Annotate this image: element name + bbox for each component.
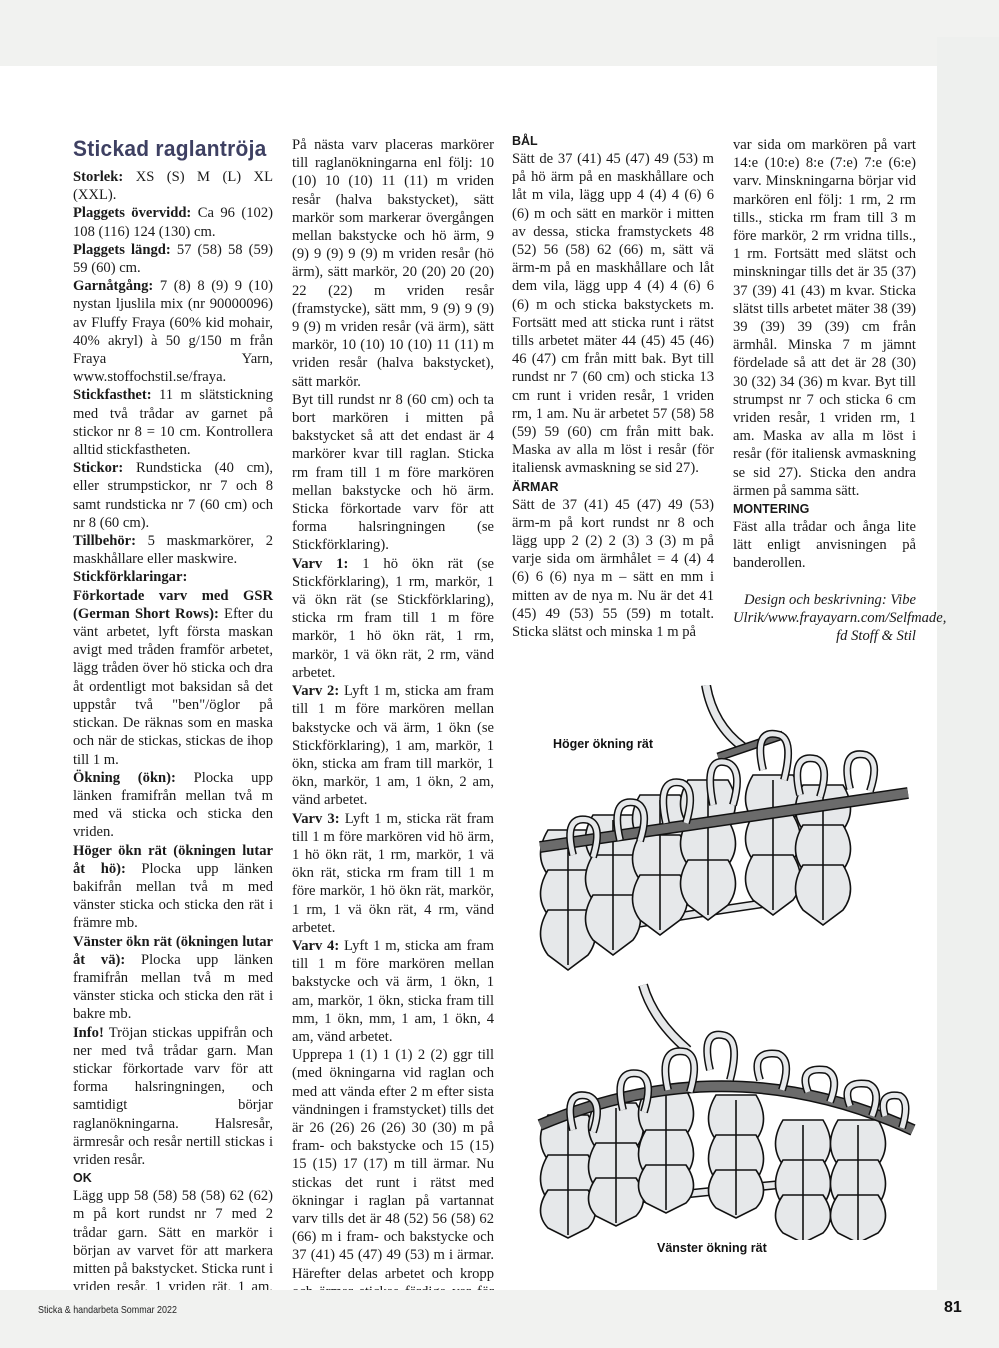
page-edge-strip xyxy=(937,37,999,1290)
section-heading-armar: ÄRMAR xyxy=(512,478,714,496)
section-heading-ok: OK xyxy=(73,1169,273,1187)
marker-placement-paragraph: På nästa varv placeras markörer till rag… xyxy=(292,136,494,391)
armar-instructions-continued: var sida om markören på vart 14:e (10:e)… xyxy=(733,136,916,500)
column-1: Stickad raglantröja Storlek: XS (S) M (L… xyxy=(73,136,273,1315)
paragraph-text: Efter du vänt arbetet, lyft första maska… xyxy=(73,606,273,768)
paragraph-text: 7 (8) 8 (9) 9 (10) nystan ljuslila mix (… xyxy=(73,278,273,385)
labeled-paragraph: Storlek: XS (S) M (L) XL (XXL). xyxy=(73,168,273,204)
labeled-paragraph: Stickfasthet: 11 m slätstickning med två… xyxy=(73,386,273,459)
article-title: Stickad raglantröja xyxy=(73,136,263,162)
paragraph-label: Stickförklaringar: xyxy=(73,569,187,585)
paragraph-label: Plaggets längd: xyxy=(73,242,171,258)
paragraph-label: Garnåtgång: xyxy=(73,278,153,294)
labeled-paragraph: Tillbehör: 5 maskmarkörer, 2 maskhållare… xyxy=(73,532,273,568)
section-heading-montering: MONTERING xyxy=(733,500,916,518)
short-rows-paragraph: Byt till rundst nr 8 (60 cm) och ta bort… xyxy=(292,391,494,555)
labeled-paragraph: Varv 3: Lyft 1 m, sticka rät fram till 1… xyxy=(292,810,494,937)
paragraph-label: Ökning (ökn): xyxy=(73,770,176,786)
paragraph-label: Varv 1: xyxy=(292,556,348,572)
labeled-paragraph: Stickor: Rundsticka (40 cm), eller strum… xyxy=(73,459,273,532)
montering-instructions: Fäst alla trådar och ånga lite lätt enli… xyxy=(733,518,916,573)
left-increase-illustration xyxy=(528,980,918,1240)
paragraph-text: Lyft 1 m, sticka am fram till 1 m före m… xyxy=(292,683,494,808)
paragraph-label: Varv 2: xyxy=(292,683,339,699)
paragraph-label: Info! xyxy=(73,1025,104,1041)
column-3: BÅL Sätt de 37 (41) 45 (47) 49 (53) m på… xyxy=(512,136,714,641)
paragraph-text: Tröjan stickas uppifrån och ner med två … xyxy=(73,1025,273,1168)
design-credit: Design och beskrivning: Vibe Ulrik/www.f… xyxy=(733,591,916,646)
paragraph-label: Plaggets övervidd: xyxy=(73,205,191,221)
page-footer: Sticka & handarbeta Sommar 2022 81 xyxy=(0,1290,999,1348)
paragraph-label: Stickor: xyxy=(73,460,123,476)
labeled-paragraph: Plaggets övervidd: Ca 96 (102) 108 (116)… xyxy=(73,204,273,240)
paragraph-label: Tillbehör: xyxy=(73,533,136,549)
row-instructions: Varv 1: 1 hö ökn rät (se Stickförklaring… xyxy=(292,555,494,1046)
right-increase-illustration xyxy=(528,685,918,975)
bal-instructions: Sätt de 37 (41) 45 (47) 49 (53) m på hö … xyxy=(512,150,714,478)
labeled-paragraph: Plaggets längd: 57 (58) 58 (59) 59 (60) … xyxy=(73,241,273,277)
paragraph-text: 1 hö ökn rät (se Stickförklaring), 1 rm,… xyxy=(292,556,494,681)
labeled-paragraph: Varv 2: Lyft 1 m, sticka am fram till 1 … xyxy=(292,682,494,809)
top-margin xyxy=(0,0,999,66)
right-increase-label: Höger ökning rät xyxy=(553,737,653,751)
labeled-paragraph: Ökning (ökn): Plocka upp länken framifrå… xyxy=(73,769,273,842)
magazine-issue: Sticka & handarbeta Sommar 2022 xyxy=(38,1304,177,1316)
paragraph-text: Lyft 1 m, sticka rät fram till 1 m före … xyxy=(292,811,494,936)
labeled-paragraph: Höger ökn rät (ökningen lutar åt hö): Pl… xyxy=(73,842,273,933)
labeled-paragraph: Garnåtgång: 7 (8) 8 (9) 9 (10) nystan lj… xyxy=(73,277,273,386)
section-heading-bal: BÅL xyxy=(512,132,714,150)
armar-instructions: Sätt de 37 (41) 45 (47) 49 (53) ärm-m på… xyxy=(512,496,714,642)
specs-list: Storlek: XS (S) M (L) XL (XXL).Plaggets … xyxy=(73,168,273,1169)
labeled-paragraph: Stickförklaringar: xyxy=(73,568,273,586)
labeled-paragraph: Varv 1: 1 hö ökn rät (se Stickförklaring… xyxy=(292,555,494,682)
left-increase-label: Vänster ökning rät xyxy=(657,1241,767,1255)
repeat-paragraph: Upprepa 1 (1) 1 (1) 2 (2) ggr till (med … xyxy=(292,1046,494,1319)
column-2: På nästa varv placeras markörer till rag… xyxy=(292,136,494,1319)
paragraph-label: Stickfasthet: xyxy=(73,387,152,403)
paragraph-label: Varv 3: xyxy=(292,811,340,827)
labeled-paragraph: Förkortade varv med GSR (German Short Ro… xyxy=(73,587,273,769)
paragraph-label: Varv 4: xyxy=(292,938,339,954)
page-number: 81 xyxy=(944,1299,962,1317)
paragraph-label: Storlek: xyxy=(73,169,123,185)
labeled-paragraph: Varv 4: Lyft 1 m, sticka am fram till 1 … xyxy=(292,937,494,1046)
labeled-paragraph: Info! Tröjan stickas uppifrån och ner me… xyxy=(73,1024,273,1170)
column-4: var sida om markören på vart 14:e (10:e)… xyxy=(733,136,916,645)
labeled-paragraph: Vänster ökn rät (ökningen lutar åt vä): … xyxy=(73,933,273,1024)
